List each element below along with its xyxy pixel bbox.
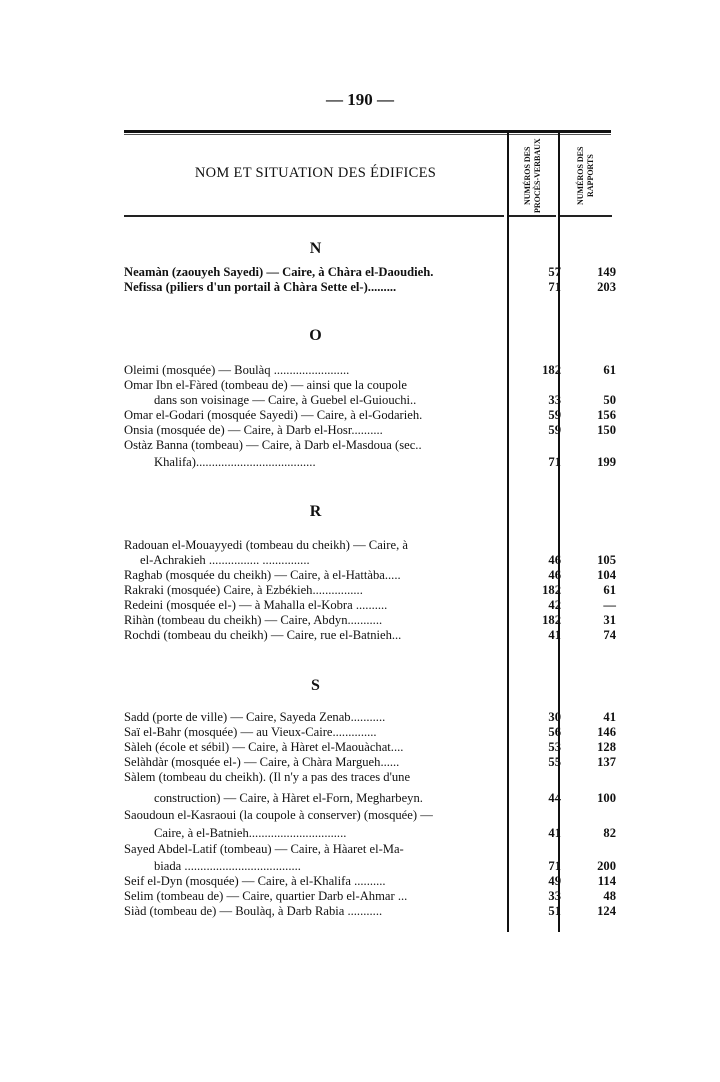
pv-number: 53 [516, 740, 561, 755]
pv-number: 44 [516, 791, 561, 806]
edifice-name: Rihàn (tombeau du cheikh) — Caire, Abdyn… [124, 613, 505, 628]
rapport-number: 48 [570, 889, 616, 904]
pv-number: 55 [516, 755, 561, 770]
edifice-name: Saoudoun el-Kasraoui (la coupole à conse… [124, 808, 505, 823]
edifice-name: Rakraki (mosquée) Caire, à Ezbékieh.....… [124, 583, 505, 598]
edifice-name: Selàhdàr (mosquée el-) — Caire, à Chàra … [124, 755, 505, 770]
edifice-name: Sayed Abdel-Latif (tombeau) — Caire, à H… [124, 842, 505, 857]
rapport-number: 199 [570, 455, 616, 470]
rapport-number: 105 [570, 553, 616, 568]
section-letter-r: R [124, 503, 507, 521]
edifice-name: Nefissa (piliers d'un portail à Chàra Se… [124, 280, 505, 295]
rapport-number: 137 [570, 755, 616, 770]
edifice-location: Khalifa)................................… [124, 455, 505, 470]
rapport-number: 100 [570, 791, 616, 806]
column-header-proces-verbaux: NUMÉROS DES PROCÈS-VERBAUX [510, 138, 556, 214]
edifice-location: biada ..................................… [124, 859, 505, 874]
section-letter-n: N [124, 240, 507, 258]
pv-number: 41 [516, 826, 561, 841]
edifice-name: Redeini (mosquée el-) — à Mahalla el-Kob… [124, 598, 505, 613]
edifice-name: Onsia (mosquée de) — Caire, à Darb el-Ho… [124, 423, 505, 438]
edifice-name: Omar Ibn el-Fàred (tombeau de) — ainsi q… [124, 378, 505, 393]
pv-number: 71 [516, 280, 561, 295]
rapport-number: 150 [570, 423, 616, 438]
top-rule [124, 130, 611, 133]
pv-number: 49 [516, 874, 561, 889]
rapport-number: 156 [570, 408, 616, 423]
page-number: — 190 — [0, 90, 720, 110]
pv-number: 56 [516, 725, 561, 740]
rapport-number: — [570, 598, 616, 613]
pv-number: 182 [516, 363, 561, 378]
rapport-number: 61 [570, 363, 616, 378]
table-header-title: NOM ET SITUATION DES ÉDIFICES [124, 165, 507, 182]
edifice-location: el-Achrakieh ................ ..........… [124, 553, 505, 568]
rapport-number: 41 [570, 710, 616, 725]
pv-number: 33 [516, 393, 561, 408]
edifice-name: Radouan el-Mouayyedi (tombeau du cheikh)… [124, 538, 505, 553]
edifice-name: Selim (tombeau de) — Caire, quartier Dar… [124, 889, 505, 904]
pv-number: 46 [516, 553, 561, 568]
column-divider-2 [558, 132, 560, 932]
pv-number: 57 [516, 265, 561, 280]
edifice-name: Oleimi (mosquée) — Boulàq ..............… [124, 363, 505, 378]
edifice-name: Sàleh (école et sébil) — Caire, à Hàret … [124, 740, 505, 755]
pv-number: 59 [516, 408, 561, 423]
pv-number: 59 [516, 423, 561, 438]
header-rule-col2 [560, 215, 612, 217]
edifice-name: Ostàz Banna (tombeau) — Caire, à Darb el… [124, 438, 505, 453]
pv-number: 33 [516, 889, 561, 904]
rapport-number: 200 [570, 859, 616, 874]
column-header-rapports: NUMÉROS DES RAPPORTS [562, 138, 610, 214]
rapport-number: 74 [570, 628, 616, 643]
edifice-name: Sadd (porte de ville) — Caire, Sayeda Ze… [124, 710, 505, 725]
edifice-name: Neamàn (zaouyeh Sayedi) — Caire, à Chàra… [124, 265, 505, 280]
rapport-number: 128 [570, 740, 616, 755]
edifice-name: Omar el-Godari (mosquée Sayedi) — Caire,… [124, 408, 505, 423]
edifice-location: Caire, à el-Batnieh.....................… [124, 826, 505, 841]
section-letter-s: S [124, 677, 507, 695]
rapport-number: 50 [570, 393, 616, 408]
pv-number: 41 [516, 628, 561, 643]
column-divider-1 [507, 132, 509, 932]
edifice-name: Raghab (mosquée du cheikh) — Caire, à el… [124, 568, 505, 583]
edifice-name: Siàd (tombeau de) — Boulàq, à Darb Rabia… [124, 904, 505, 919]
pv-number: 46 [516, 568, 561, 583]
pv-number: 51 [516, 904, 561, 919]
edifice-name: Rochdi (tombeau du cheikh) — Caire, rue … [124, 628, 505, 643]
rapport-number: 104 [570, 568, 616, 583]
section-letter-o: O [124, 327, 507, 345]
header-rule-col1 [509, 215, 556, 217]
rapport-number: 31 [570, 613, 616, 628]
pv-number: 30 [516, 710, 561, 725]
edifice-name: Sàlem (tombeau du cheikh). (Il n'y a pas… [124, 770, 505, 785]
pv-number: 182 [516, 583, 561, 598]
rapport-number: 203 [570, 280, 616, 295]
rapport-number: 124 [570, 904, 616, 919]
rapport-number: 82 [570, 826, 616, 841]
edifice-location: dans son voisinage — Caire, à Guebel el-… [124, 393, 505, 408]
edifice-location: construction) — Caire, à Hàret el-Forn, … [124, 791, 505, 806]
rapport-number: 146 [570, 725, 616, 740]
top-rule-thin [124, 134, 611, 135]
pv-number: 71 [516, 455, 561, 470]
rapport-number: 149 [570, 265, 616, 280]
header-rule-main [124, 215, 504, 217]
pv-number: 42 [516, 598, 561, 613]
rapport-number: 61 [570, 583, 616, 598]
edifice-name: Saï el-Bahr (mosquée) — au Vieux-Caire..… [124, 725, 505, 740]
rapport-number: 114 [570, 874, 616, 889]
pv-number: 71 [516, 859, 561, 874]
edifice-name: Seif el-Dyn (mosquée) — Caire, à el-Khal… [124, 874, 505, 889]
pv-number: 182 [516, 613, 561, 628]
